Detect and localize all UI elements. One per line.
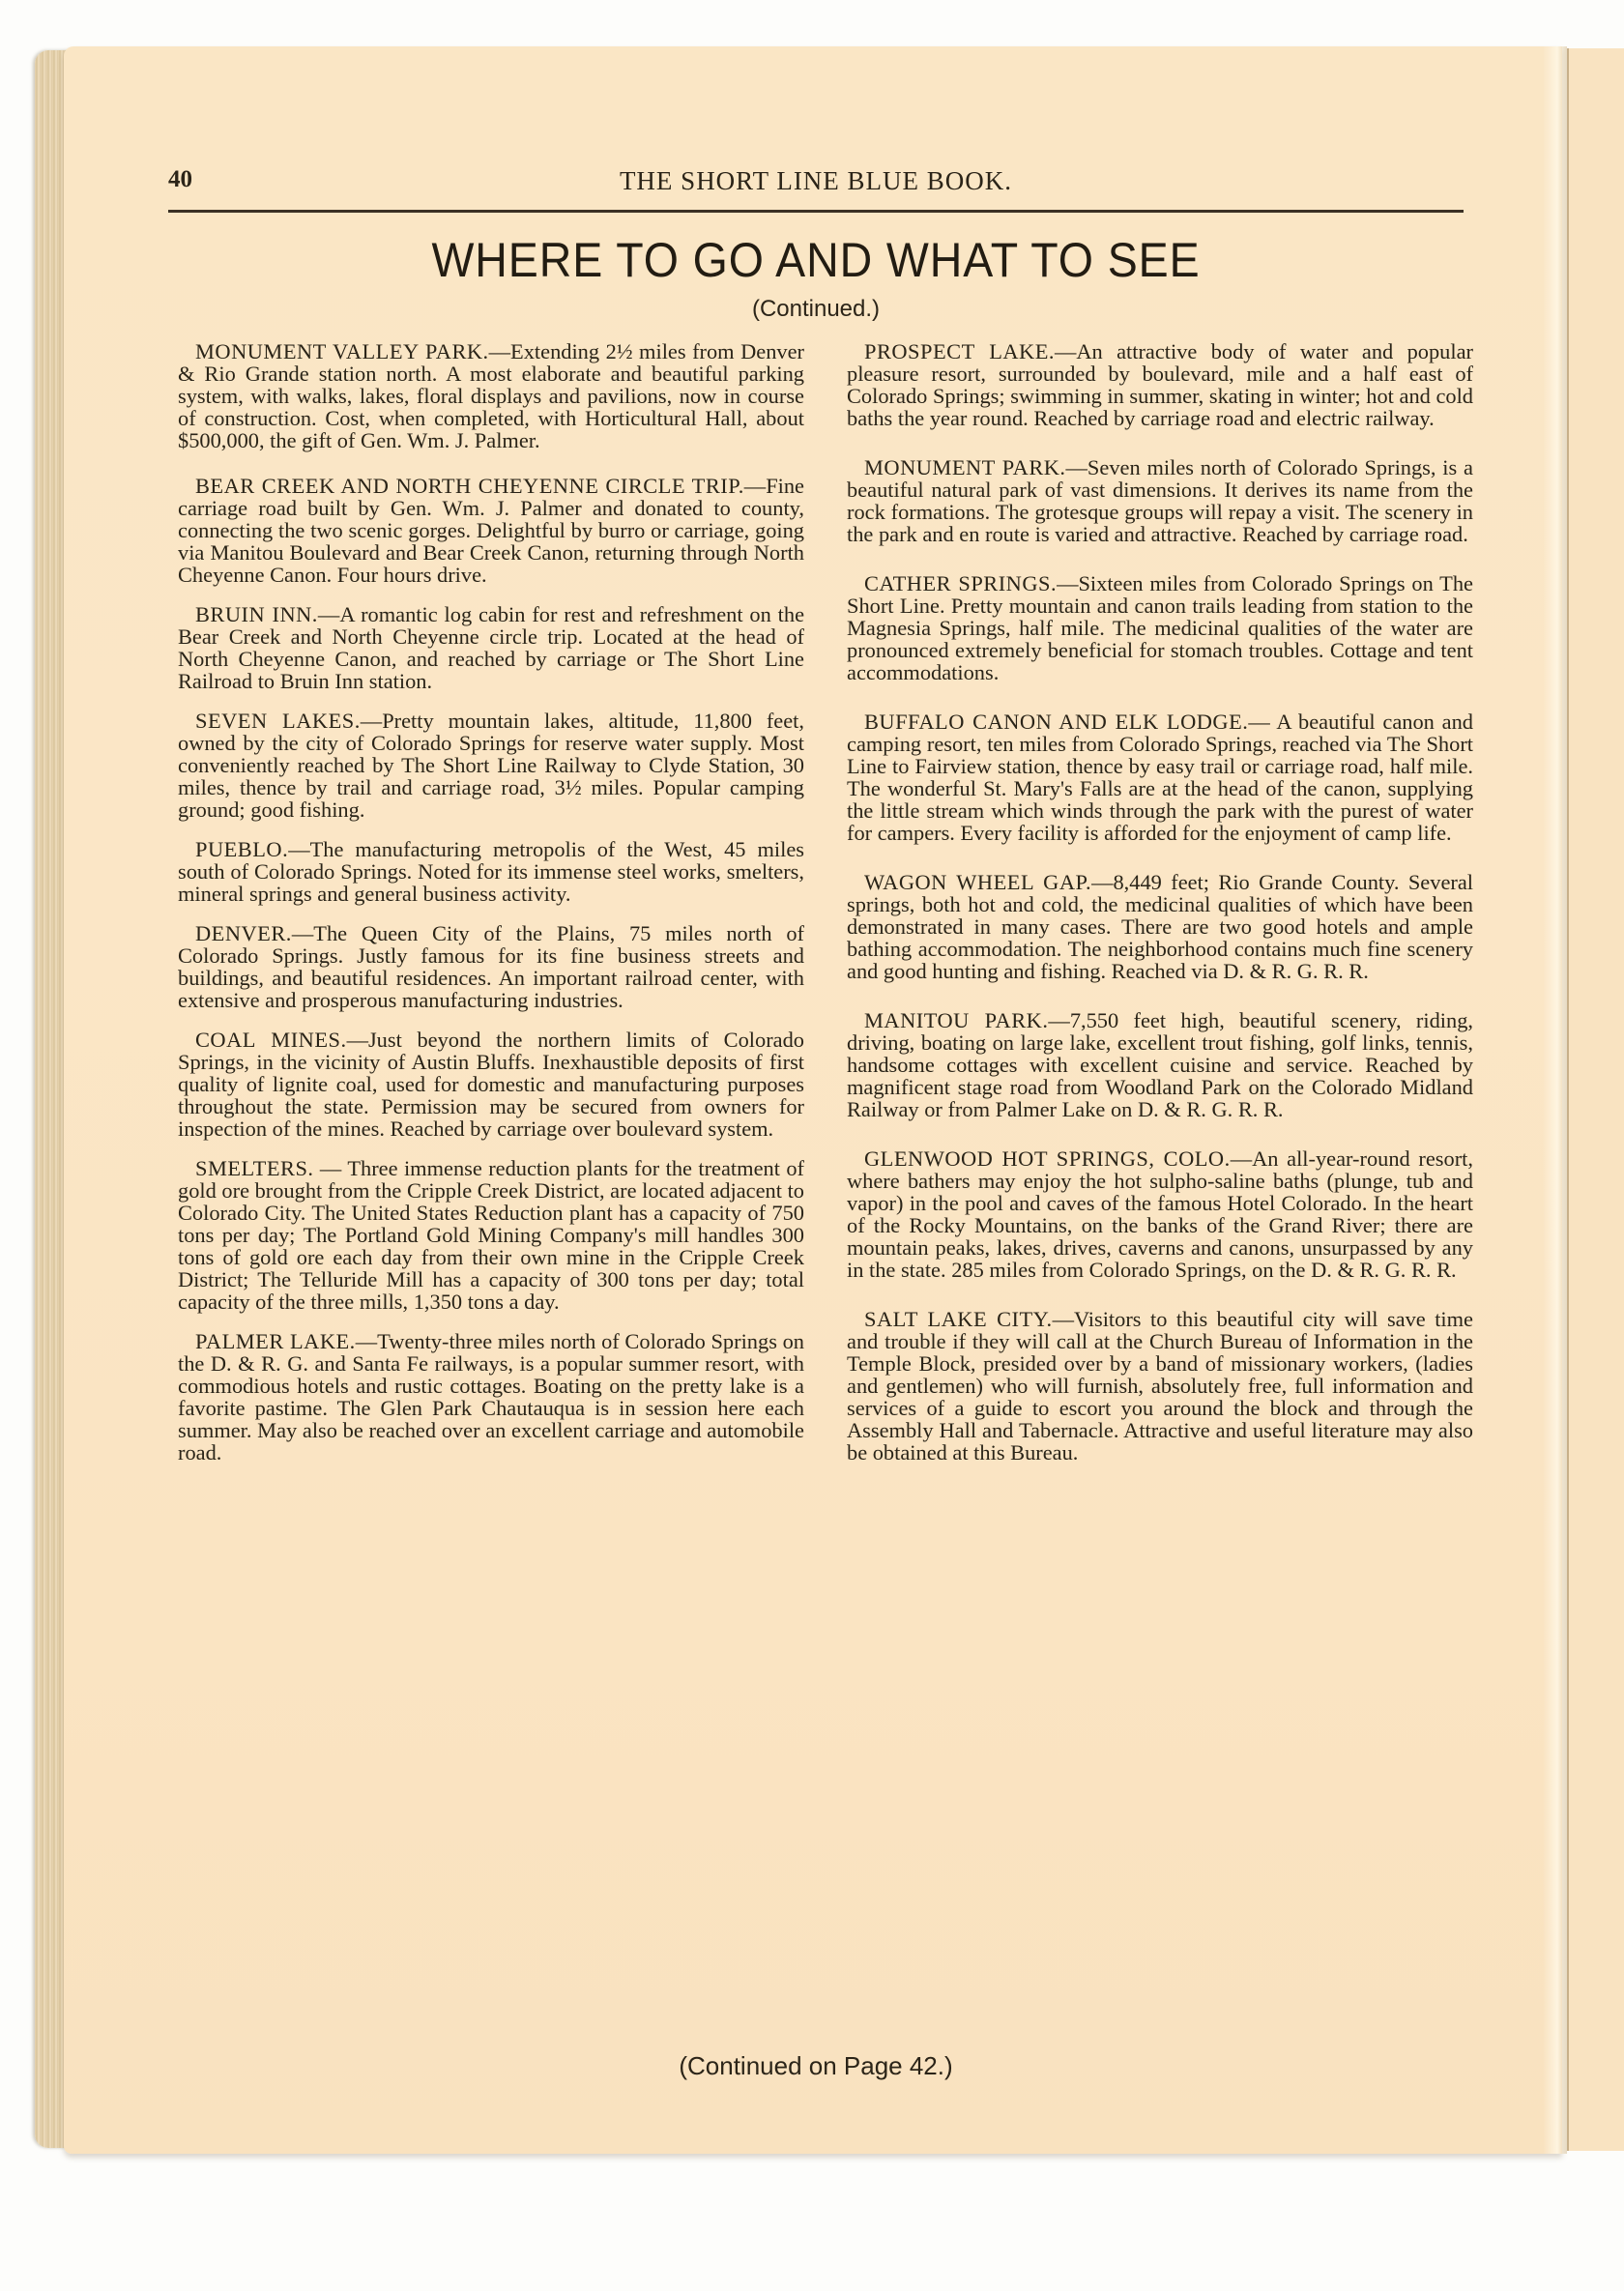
entry-name: WAGON WHEEL GAP. <box>864 870 1091 894</box>
entry-name: PALMER LAKE. <box>195 1329 356 1353</box>
entry: PUEBLO.—The manufacturing metropolis of … <box>178 838 804 905</box>
entry-name: BUFFALO CANON AND ELK LODGE. <box>864 710 1248 734</box>
gutter <box>1543 46 1567 2154</box>
entry-name: BEAR CREEK AND NORTH CHEYENNE CIRCLE TRI… <box>195 474 744 498</box>
entry: SEVEN LAKES.—Pretty mountain lakes, alti… <box>178 710 804 821</box>
entry: SMELTERS. — Three immense reduction plan… <box>178 1157 804 1313</box>
entry: PALMER LAKE.—Twenty-three miles north of… <box>178 1330 804 1464</box>
entry: MONUMENT VALLEY PARK.—Extending 2½ miles… <box>178 340 804 451</box>
entry-name: GLENWOOD HOT SPRINGS, COLO. <box>864 1146 1231 1171</box>
header-rule <box>168 210 1464 213</box>
section-subtitle: (Continued.) <box>168 296 1464 323</box>
left-column: MONUMENT VALLEY PARK.—Extending 2½ miles… <box>178 340 804 1481</box>
entry-name: MANITOU PARK. <box>864 1008 1048 1032</box>
entry: BEAR CREEK AND NORTH CHEYENNE CIRCLE TRI… <box>178 475 804 586</box>
continued-note: (Continued on Page 42.) <box>168 2051 1464 2081</box>
entry: BRUIN INN.—A romantic log cabin for rest… <box>178 603 804 692</box>
running-head: 40 THE SHORT LINE BLUE BOOK. <box>168 166 1464 199</box>
entry: SALT LAKE CITY.—Visitors to this beautif… <box>847 1308 1473 1464</box>
entry-name: SMELTERS. <box>195 1156 314 1180</box>
facing-page-edge <box>1567 48 1624 2151</box>
section-title: WHERE TO GO AND WHAT TO SEE <box>214 232 1418 288</box>
entry-name: PROSPECT LAKE. <box>864 339 1055 363</box>
entry-name: SEVEN LAKES. <box>195 709 361 733</box>
entry-name: SALT LAKE CITY. <box>864 1307 1053 1331</box>
entry: COAL MINES.—Just beyond the northern lim… <box>178 1029 804 1140</box>
entry: MONUMENT PARK.—Seven miles north of Colo… <box>847 456 1473 545</box>
entry: WAGON WHEEL GAP.—8,449 feet; Rio Grande … <box>847 871 1473 982</box>
entry-name: MONUMENT PARK. <box>864 455 1066 479</box>
entry: MANITOU PARK.—7,550 feet high, beautiful… <box>847 1009 1473 1120</box>
entry: DENVER.—The Queen City of the Plains, 75… <box>178 922 804 1011</box>
entry: BUFFALO CANON AND ELK LODGE.— A beautifu… <box>847 710 1473 844</box>
entry-name: CATHER SPRINGS. <box>864 571 1057 595</box>
entry-name: DENVER. <box>195 921 292 945</box>
entry-name: PUEBLO. <box>195 837 288 861</box>
entry-name: COAL MINES. <box>195 1028 347 1052</box>
entry-name: MONUMENT VALLEY PARK. <box>195 339 489 363</box>
entry-name: BRUIN INN. <box>195 602 318 626</box>
entry-text: —Visitors to this beautiful city will sa… <box>847 1307 1473 1464</box>
book-title: THE SHORT LINE BLUE BOOK. <box>168 166 1464 196</box>
right-column: PROSPECT LAKE.—An attractive body of wat… <box>847 340 1473 1491</box>
entry: CATHER SPRINGS.—Sixteen miles from Color… <box>847 572 1473 683</box>
entry-text: — Three immense reduction plants for the… <box>178 1156 804 1314</box>
entry: GLENWOOD HOT SPRINGS, COLO.—An all-year-… <box>847 1147 1473 1281</box>
entry: PROSPECT LAKE.—An attractive body of wat… <box>847 340 1473 429</box>
